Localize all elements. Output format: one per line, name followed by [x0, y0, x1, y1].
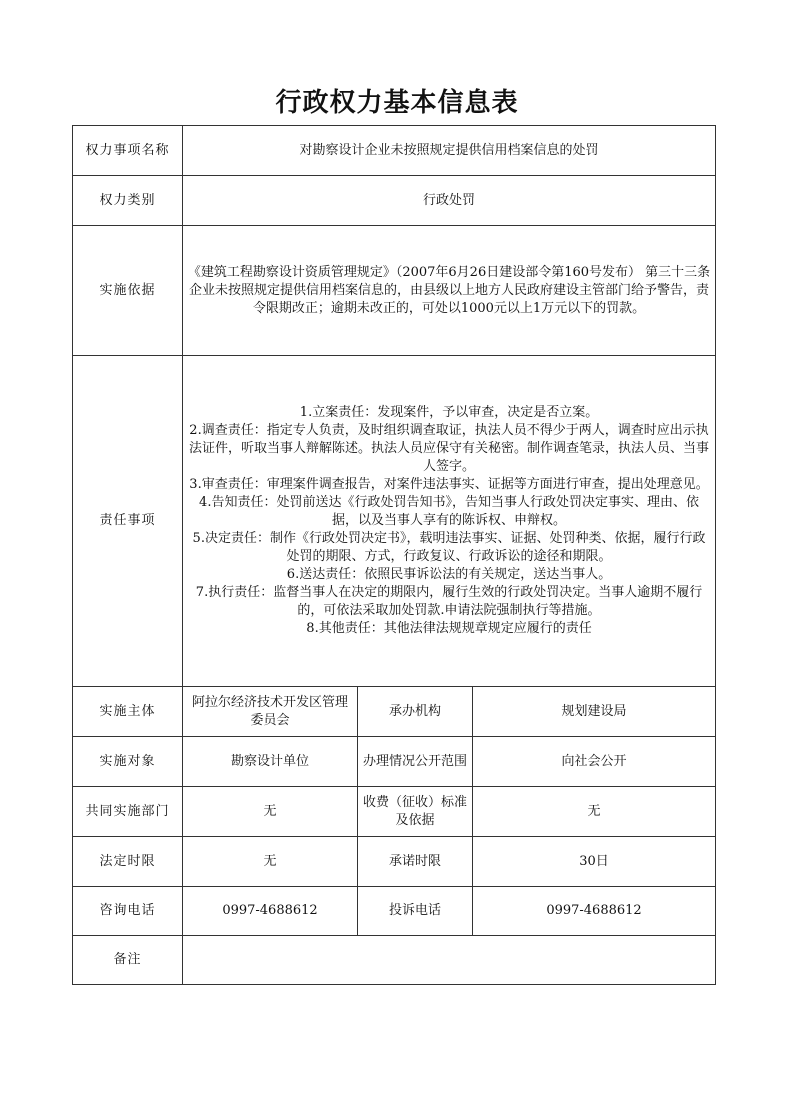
row-target: 实施对象 勘察设计单位 办理情况公开范围 向社会公开: [73, 737, 716, 787]
row-item-name: 权力事项名称 对勘察设计企业未按照规定提供信用档案信息的处罚: [73, 126, 716, 176]
label-promised-time-limit: 承诺时限: [358, 837, 473, 887]
label-remark: 备注: [73, 936, 183, 985]
value-handling-agency: 规划建设局: [473, 687, 716, 737]
value-responsibility: 1.立案责任：发现案件，予以审查，决定是否立案。 2.调查责任：指定专人负责，及…: [183, 356, 716, 687]
label-item-name: 权力事项名称: [73, 126, 183, 176]
responsibility-item: 3.审查责任：审理案件调查报告，对案件违法事实、证据等方面进行审查，提出处理意见…: [187, 476, 711, 494]
row-time-limit: 法定时限 无 承诺时限 30日: [73, 837, 716, 887]
responsibility-item: 6.送达责任：依照民事诉讼法的有关规定，送达当事人。: [187, 566, 711, 584]
row-category: 权力类别 行政处罚: [73, 176, 716, 226]
row-joint: 共同实施部门 无 收费（征收）标准及依据 无: [73, 787, 716, 837]
value-complaint-phone: 0997-4688612: [473, 887, 716, 936]
label-responsibility: 责任事项: [73, 356, 183, 687]
label-fee-standard: 收费（征收）标准及依据: [358, 787, 473, 837]
responsibility-item: 2.调查责任：指定专人负责，及时组织调查取证，执法人员不得少于两人，调查时应出示…: [187, 422, 711, 476]
label-subject: 实施主体: [73, 687, 183, 737]
responsibility-item: 1.立案责任：发现案件，予以审查，决定是否立案。: [187, 404, 711, 422]
value-legal-time-limit: 无: [183, 837, 358, 887]
row-subject: 实施主体 阿拉尔经济技术开发区管理委员会 承办机构 规划建设局: [73, 687, 716, 737]
label-basis: 实施依据: [73, 226, 183, 356]
value-target: 勘察设计单位: [183, 737, 358, 787]
value-remark: [183, 936, 716, 985]
value-subject: 阿拉尔经济技术开发区管理委员会: [183, 687, 358, 737]
label-target: 实施对象: [73, 737, 183, 787]
info-table: 权力事项名称 对勘察设计企业未按照规定提供信用档案信息的处罚 权力类别 行政处罚…: [72, 125, 716, 985]
value-joint-department: 无: [183, 787, 358, 837]
responsibility-item: 8.其他责任：其他法律法规规章规定应履行的责任: [187, 620, 711, 638]
label-consult-phone: 咨询电话: [73, 887, 183, 936]
responsibility-item: 5.决定责任：制作《行政处罚决定书》，载明违法事实、证据、处罚种类、依据，履行行…: [187, 530, 711, 566]
value-basis: 《建筑工程勘察设计资质管理规定》（2007年6月26日建设部令第160号发布） …: [183, 226, 716, 356]
row-responsibility: 责任事项 1.立案责任：发现案件，予以审查，决定是否立案。 2.调查责任：指定专…: [73, 356, 716, 687]
label-category: 权力类别: [73, 176, 183, 226]
value-fee-standard: 无: [473, 787, 716, 837]
row-basis: 实施依据 《建筑工程勘察设计资质管理规定》（2007年6月26日建设部令第160…: [73, 226, 716, 356]
value-disclosure-scope: 向社会公开: [473, 737, 716, 787]
value-consult-phone: 0997-4688612: [183, 887, 358, 936]
label-complaint-phone: 投诉电话: [358, 887, 473, 936]
value-promised-time-limit: 30日: [473, 837, 716, 887]
value-category: 行政处罚: [183, 176, 716, 226]
label-legal-time-limit: 法定时限: [73, 837, 183, 887]
row-remark: 备注: [73, 936, 716, 985]
row-phone: 咨询电话 0997-4688612 投诉电话 0997-4688612: [73, 887, 716, 936]
label-joint-department: 共同实施部门: [73, 787, 183, 837]
label-handling-agency: 承办机构: [358, 687, 473, 737]
responsibility-item: 4.告知责任：处罚前送达《行政处罚告知书》，告知当事人行政处罚决定事实、理由、依…: [187, 494, 711, 530]
page-title: 行政权力基本信息表: [0, 82, 794, 119]
value-item-name: 对勘察设计企业未按照规定提供信用档案信息的处罚: [183, 126, 716, 176]
responsibility-item: 7.执行责任：监督当事人在决定的期限内，履行生效的行政处罚决定。当事人逾期不履行…: [187, 584, 711, 620]
label-disclosure-scope: 办理情况公开范围: [358, 737, 473, 787]
